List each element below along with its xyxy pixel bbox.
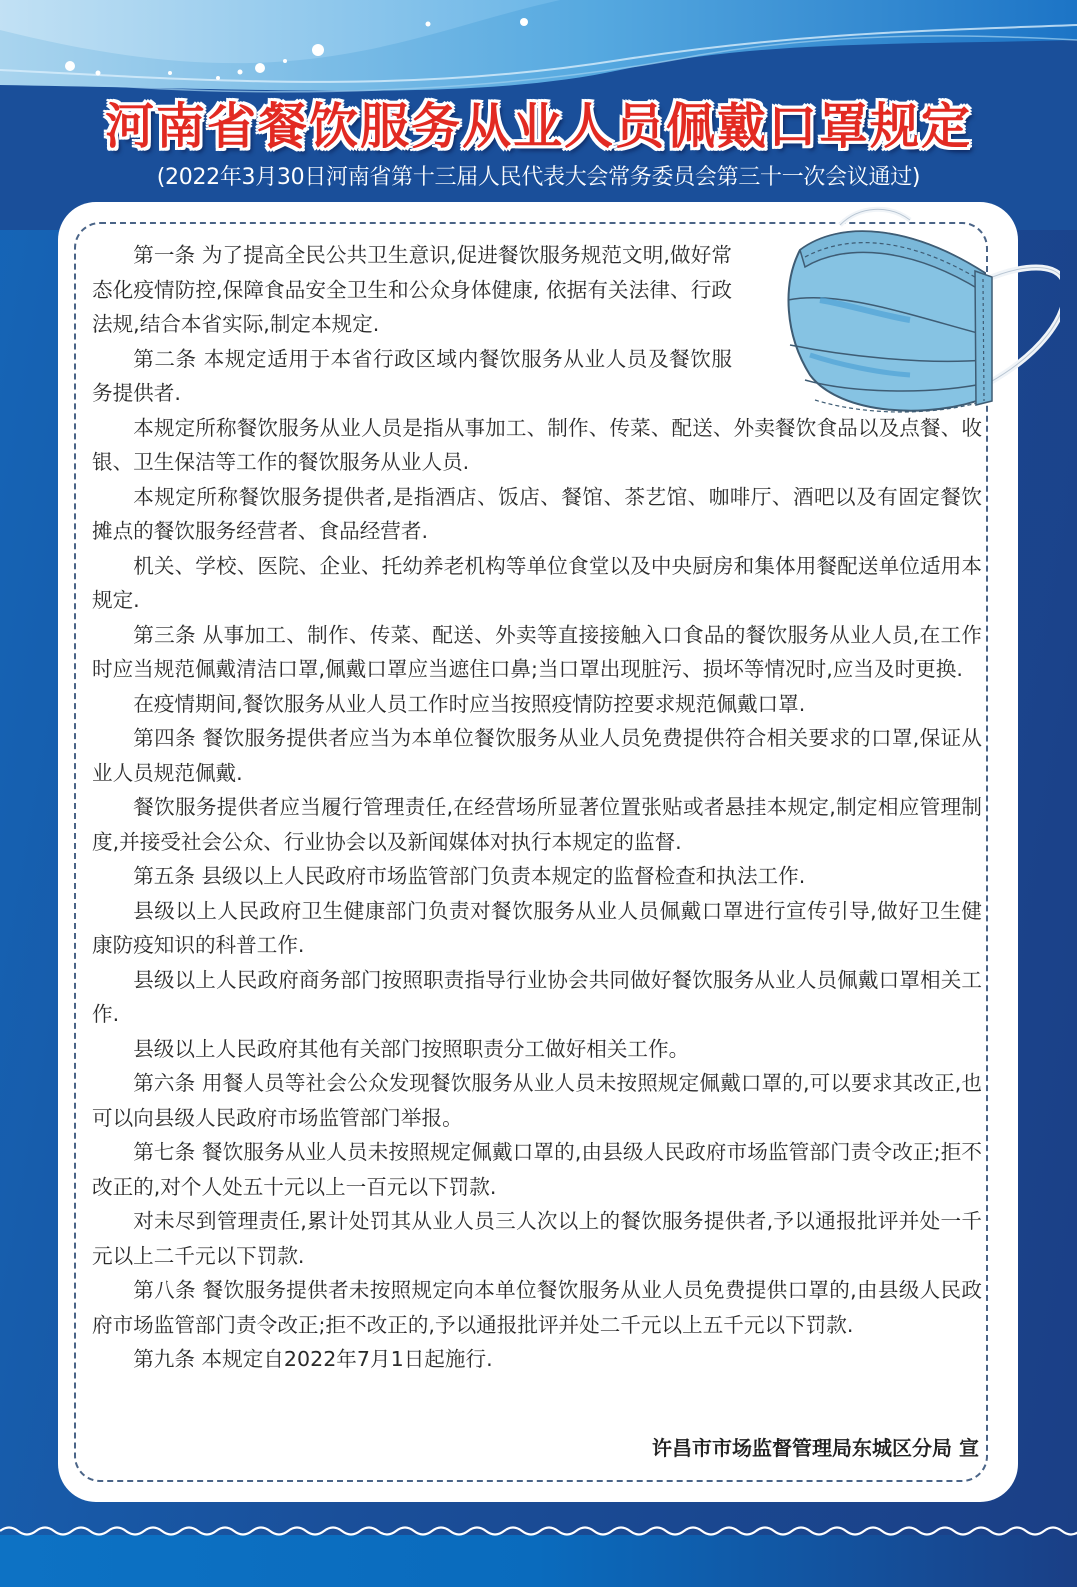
paragraph-article-1: 第一条 为了提高全民公共卫生意识,促进餐饮服务规范文明,做好常态化疫情防控,保障…: [92, 238, 732, 342]
paragraph-article-3: 第三条 从事加工、制作、传菜、配送、外卖等直接接触入口食品的餐饮服务从业人员,在…: [92, 618, 982, 687]
wave-divider: [0, 1524, 1077, 1538]
paragraph-epidemic-period: 在疫情期间,餐饮服务从业人员工作时应当按照疫情防控要求规范佩戴口罩.: [92, 687, 982, 722]
issuer-signature: 许昌市市场监督管理局东城区分局 宣: [652, 1432, 979, 1461]
paragraph-other-depts: 县级以上人民政府其他有关部门按照职责分工做好相关工作。: [92, 1032, 982, 1067]
paragraph-commerce-dept: 县级以上人民政府商务部门按照职责指导行业协会共同做好餐饮服务从业人员佩戴口罩相关…: [92, 963, 982, 1032]
footer-band: [0, 1535, 1077, 1587]
paragraph-article-8: 第八条 餐饮服务提供者未按照规定向本单位餐饮服务从业人员免费提供口罩的,由县级人…: [92, 1273, 982, 1342]
paragraph-article-7: 第七条 餐饮服务从业人员未按照规定佩戴口罩的,由县级人民政府市场监管部门责令改正…: [92, 1135, 982, 1204]
paragraph-article-9: 第九条 本规定自2022年7月1日起施行.: [92, 1342, 982, 1377]
paragraph-health-dept: 县级以上人民政府卫生健康部门负责对餐饮服务从业人员佩戴口罩进行宣传引导,做好卫生…: [92, 894, 982, 963]
paragraph-article-4: 第四条 餐饮服务提供者应当为本单位餐饮服务从业人员免费提供符合相关要求的口罩,保…: [92, 721, 982, 790]
regulation-body: 第一条 为了提高全民公共卫生意识,促进餐饮服务规范文明,做好常态化疫情防控,保障…: [92, 238, 982, 1377]
poster-subtitle: (2022年3月30日河南省第十三届人民代表大会常务委员会第三十一次会议通过): [0, 160, 1077, 191]
paragraph-definition-provider: 本规定所称餐饮服务提供者,是指酒店、饭店、餐馆、茶艺馆、咖啡厅、酒吧以及有固定餐…: [92, 480, 982, 549]
paragraph-applicable-units: 机关、学校、医院、企业、托幼养老机构等单位食堂以及中央厨房和集体用餐配送单位适用…: [92, 549, 982, 618]
poster-title: 河南省餐饮服务从业人员佩戴口罩规定: [0, 88, 1077, 158]
paragraph-article-5: 第五条 县级以上人民政府市场监管部门负责本规定的监督检查和执法工作.: [92, 859, 982, 894]
paragraph-definition-staff: 本规定所称餐饮服务从业人员是指从事加工、制作、传菜、配送、外卖餐饮食品以及点餐、…: [92, 411, 982, 480]
paragraph-article-6: 第六条 用餐人员等社会公众发现餐饮服务从业人员未按照规定佩戴口罩的,可以要求其改…: [92, 1066, 982, 1135]
paragraph-article-2: 第二条 本规定适用于本省行政区域内餐饮服务从业人员及餐饮服务提供者.: [92, 342, 732, 411]
paragraph-management-duty: 餐饮服务提供者应当履行管理责任,在经营场所显著位置张贴或者悬挂本规定,制定相应管…: [92, 790, 982, 859]
paragraph-provider-penalty: 对未尽到管理责任,累计处罚其从业人员三人次以上的餐饮服务提供者,予以通报批评并处…: [92, 1204, 982, 1273]
